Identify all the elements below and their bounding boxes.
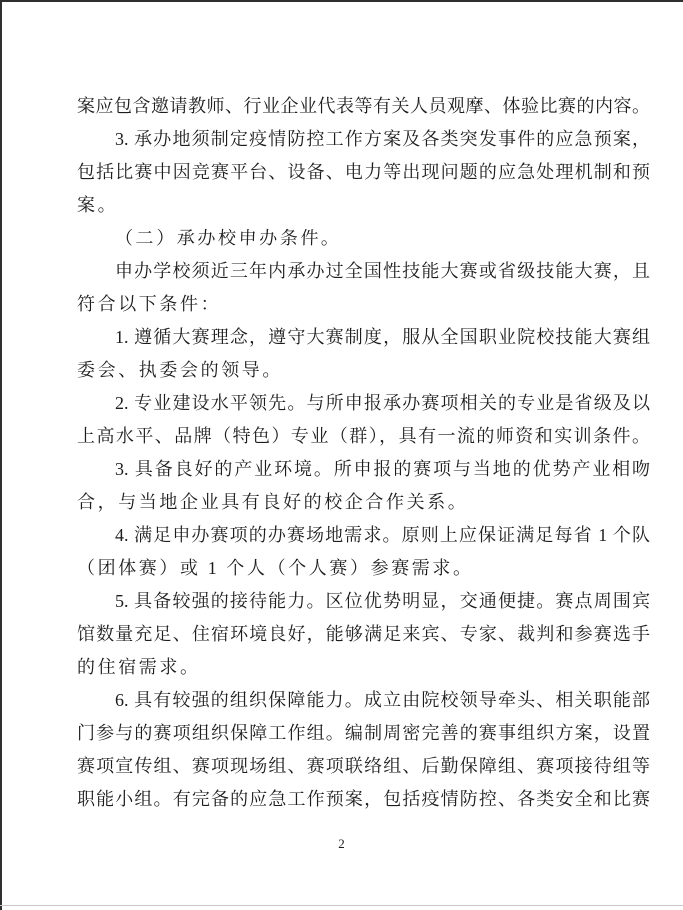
scan-edge-top bbox=[0, 0, 683, 2]
text-line: 合，与当地企业具有良好的校企合作关系。 bbox=[77, 486, 650, 519]
text-line: 3. 承办地须制定疫情防控工作方案及各类突发事件的应急预案， bbox=[77, 123, 650, 156]
text-line: 1. 遵循大赛理念，遵守大赛制度，服从全国职业院校技能大赛组 bbox=[77, 321, 650, 354]
text-line: 5. 具备较强的接待能力。区位优势明显，交通便捷。赛点周围宾 bbox=[77, 585, 650, 618]
text-line: 2. 专业建设水平领先。与所申报承办赛项相关的专业是省级及以 bbox=[77, 387, 650, 420]
scan-edge-bottom bbox=[0, 905, 683, 906]
document-body: 案应包含邀请教师、行业企业代表等有关人员观摩、体验比赛的内容。3. 承办地须制定… bbox=[77, 90, 650, 816]
text-line: 馆数量充足、住宿环境良好，能够满足来宾、专家、裁判和参赛选手 bbox=[77, 618, 650, 651]
text-line: 3. 具备良好的产业环境。所申报的赛项与当地的优势产业相吻 bbox=[77, 453, 650, 486]
text-line: 4. 满足申办赛项的办赛场地需求。原则上应保证满足每省 1 个队 bbox=[77, 519, 650, 552]
text-line: 申办学校须近三年内承办过全国性技能大赛或省级技能大赛，且 bbox=[77, 255, 650, 288]
section-heading-line: （二）承办校申办条件。 bbox=[76, 222, 650, 255]
text-line: 上高水平、品牌（特色）专业（群），具有一流的师资和实训条件。 bbox=[77, 420, 650, 453]
text-line: 案应包含邀请教师、行业企业代表等有关人员观摩、体验比赛的内容。 bbox=[77, 90, 650, 123]
text-line: 案。 bbox=[77, 189, 650, 222]
page-number: 2 bbox=[0, 836, 683, 852]
text-line: 的住宿需求。 bbox=[77, 651, 650, 684]
text-line: （团体赛）或 1 个人（个人赛）参赛需求。 bbox=[77, 552, 650, 585]
text-line: 赛项宣传组、赛项现场组、赛项联络组、后勤保障组、赛项接待组等 bbox=[77, 750, 650, 783]
document-page: 案应包含邀请教师、行业企业代表等有关人员观摩、体验比赛的内容。3. 承办地须制定… bbox=[0, 0, 683, 910]
text-line: 6. 具有较强的组织保障能力。成立由院校领导牵头、相关职能部 bbox=[77, 684, 650, 717]
text-line: 门参与的赛项组织保障工作组。编制周密完善的赛事组织方案，设置 bbox=[77, 717, 650, 750]
text-line: 符合以下条件： bbox=[77, 288, 650, 321]
text-line: 包括比赛中因竞赛平台、设备、电力等出现问题的应急处理机制和预 bbox=[77, 156, 650, 189]
text-line: 委会、执委会的领导。 bbox=[77, 354, 650, 387]
scan-edge-left bbox=[0, 0, 2, 910]
text-line: 职能小组。有完备的应急工作预案，包括疫情防控、各类安全和比赛 bbox=[77, 783, 650, 816]
